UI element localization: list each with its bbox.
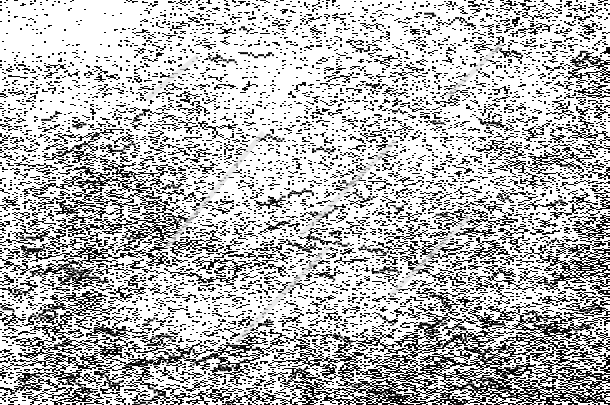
- grunge-texture-image: [0, 0, 610, 405]
- noise-texture-canvas: [0, 0, 610, 405]
